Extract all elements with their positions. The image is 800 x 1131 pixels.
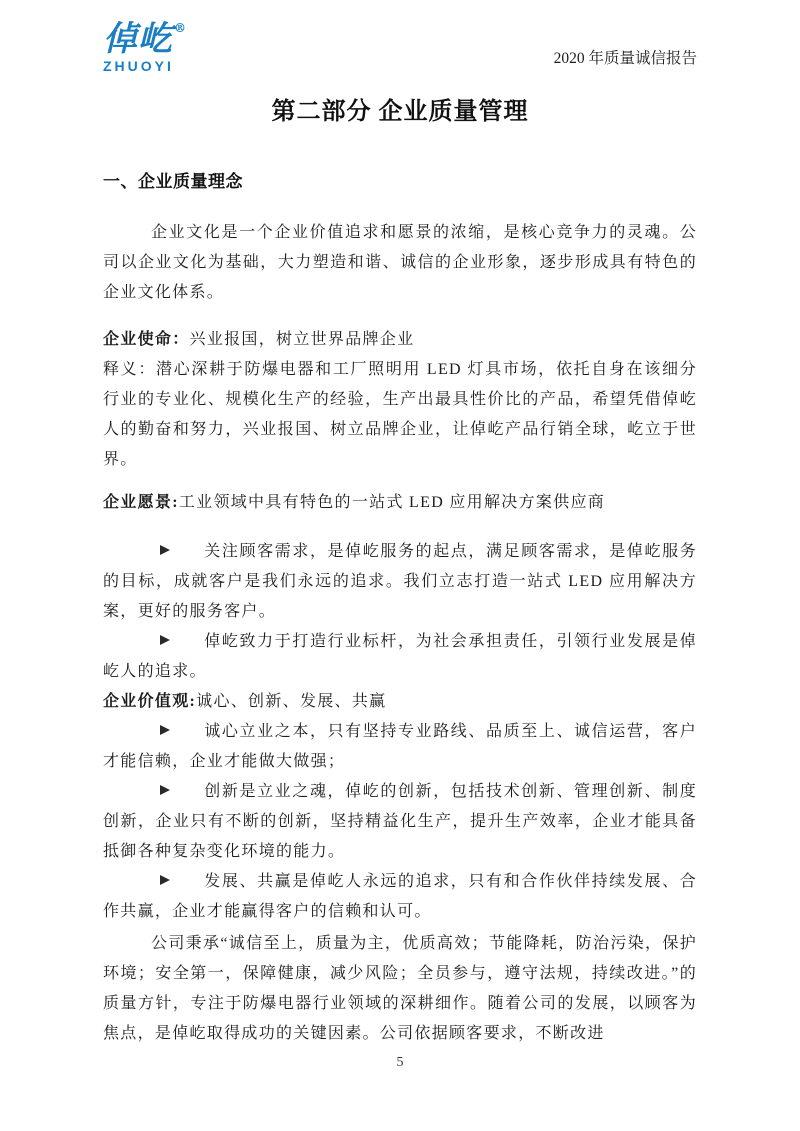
company-logo: 倬屹® ZHUOYI [103,22,187,73]
intro-paragraph: 企业文化是一个企业价值追求和愿景的浓缩，是核心竞争力的灵魂。公司以企业文化为基础… [103,218,697,308]
arrow-bullet-icon [160,867,204,897]
values-bullet-3: 发展、共赢是倬屹人永远的追求，只有和合作伙伴持续发展、合作共赢，企业才能赢得客户… [103,867,697,927]
vision-line: 企业愿景:工业领域中具有特色的一站式 LED 应用解决方案供应商 [103,488,697,518]
page-header: 倬屹® ZHUOYI 2020 年质量诚信报告 [103,22,697,82]
mission-label: 企业使命： [103,331,190,348]
page-number: 5 [0,1053,800,1073]
values-bullet-2: 创新是立业之魂，倬屹的创新，包括技术创新、管理创新、制度创新，企业只有不断的创新… [103,777,697,867]
report-page: 倬屹® ZHUOYI 2020 年质量诚信报告 第二部分 企业质量管理 一、企业… [0,0,800,1131]
values-bullet-1: 诚心立业之本，只有坚持专业路线、品质至上、诚信运营，客户才能信赖，企业才能做大做… [103,717,697,777]
values-text: 诚心、创新、发展、共赢 [196,693,386,710]
values-label: 企业价值观: [103,693,196,710]
logo-chinese-wordmark: 倬屹® [103,22,187,56]
registered-trademark-icon: ® [174,21,187,35]
vision-label: 企业愿景: [103,494,179,511]
mission-line: 企业使命：兴业报国，树立世界品牌企业 [103,325,697,355]
running-header-title: 2020 年质量诚信报告 [554,51,697,67]
logo-latin-wordmark: ZHUOYI [103,59,187,73]
logo-text: 倬屹 [103,19,173,59]
vision-bullet-2: 倬屹致力于打造行业标杆，为社会承担责任，引领行业发展是倬屹人的追求。 [103,627,697,687]
arrow-bullet-icon [160,717,204,747]
vision-text: 工业领域中具有特色的一站式 LED 应用解决方案供应商 [179,494,605,511]
values-line: 企业价值观:诚心、创新、发展、共赢 [103,687,697,717]
arrow-bullet-icon [160,777,204,807]
mission-text: 兴业报国，树立世界品牌企业 [190,331,415,348]
closing-paragraph: 公司秉承“诚信至上，质量为主，优质高效；节能降耗，防治污染，保护环境；安全第一，… [103,929,697,1049]
arrow-bullet-icon [160,627,204,657]
arrow-bullet-icon [160,537,204,567]
mission-note-paragraph: 释义：潜心深耕于防爆电器和工厂照明用 LED 灯具市场，依托自身在该细分行业的专… [103,355,697,475]
section-heading: 一、企业质量理念 [103,167,697,197]
vision-bullet-1: 关注顾客需求，是倬屹服务的起点，满足顾客需求，是倬屹服务的目标，成就客户是我们永… [103,537,697,627]
part-title: 第二部分 企业质量管理 [103,95,697,129]
